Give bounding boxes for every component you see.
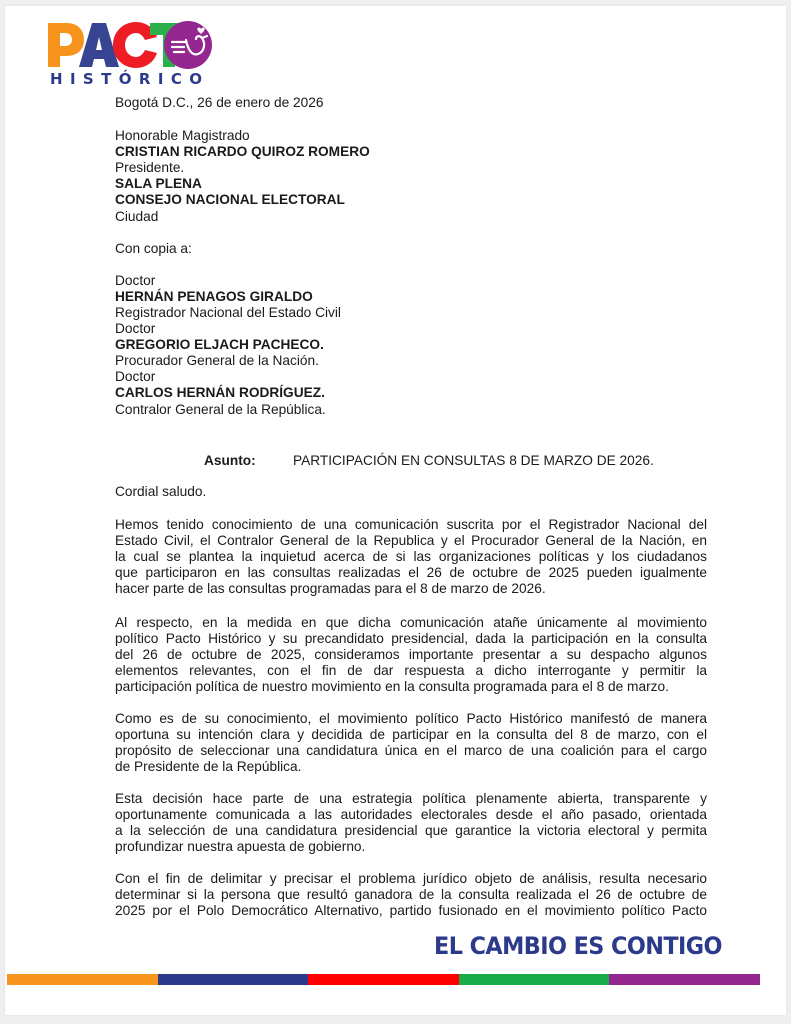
paragraph-line: hacer parte de las consultas programadas… — [115, 581, 707, 597]
copy-name: CARLOS HERNÁN RODRÍGUEZ. — [115, 385, 707, 401]
paragraph-line: Al respecto, en la medida en que dicha c… — [115, 615, 707, 631]
copies-label: Con copia a: — [115, 241, 707, 257]
paragraph-line: Como es de su conocimiento, el movimient… — [115, 711, 707, 727]
paragraph-line: propósito de seleccionar una candidatura… — [115, 743, 707, 759]
subject-line: Asunto:PARTICIPACIÓN EN CONSULTAS 8 DE M… — [204, 453, 654, 468]
paragraph-line: determinar si la persona que resultó gan… — [115, 887, 707, 903]
color-segment — [308, 974, 459, 985]
paragraph-line: profundizar nuestra apuesta de gobierno. — [115, 839, 707, 855]
paragraph-line: Hemos tenido conocimiento de una comunic… — [115, 517, 707, 533]
letter-header: Bogotá D.C., 26 de enero de 2026 Honorab… — [115, 95, 707, 418]
paragraph: Esta decisión hace parte de una estrateg… — [115, 791, 707, 855]
paragraph-line: Estado Civil, el Contralor General de la… — [115, 533, 707, 549]
color-segment — [459, 974, 610, 985]
paragraph: Hemos tenido conocimiento de una comunic… — [115, 517, 707, 597]
color-segment — [609, 974, 760, 985]
paragraph-line: oportuna su intención clara y decidida d… — [115, 727, 707, 743]
greeting: Cordial saludo. — [115, 484, 206, 499]
paragraph-line: participación política de nuestro movimi… — [115, 679, 707, 695]
recipient-institution: CONSEJO NACIONAL ELECTORAL — [115, 192, 707, 208]
place-date: Bogotá D.C., 26 de enero de 2026 — [115, 95, 707, 111]
footer-color-bar — [7, 974, 760, 985]
paragraph: Con el fin de delimitar y precisar el pr… — [115, 871, 707, 919]
footer-slogan: EL CAMBIO ES CONTIGO — [434, 932, 722, 960]
paragraph-line: de Presidente de la República. — [115, 759, 707, 775]
subject-text: PARTICIPACIÓN EN CONSULTAS 8 DE MARZO DE… — [293, 453, 654, 468]
copy-role: Registrador Nacional del Estado Civil — [115, 305, 707, 321]
recipient-salutation: Honorable Magistrado — [115, 128, 707, 144]
subject-label: Asunto: — [204, 453, 293, 468]
paragraph-line: del 26 de octubre de 2025, consideramos … — [115, 647, 707, 663]
paragraph-line: oportunamente comunicada a las autoridad… — [115, 807, 707, 823]
paragraph: Como es de su conocimiento, el movimient… — [115, 711, 707, 775]
recipient-body: SALA PLENA — [115, 176, 707, 192]
copy-title: Doctor — [115, 321, 707, 337]
copy-title: Doctor — [115, 369, 707, 385]
color-segment — [158, 974, 309, 985]
color-segment — [7, 974, 158, 985]
paragraph-line: que participaron en las consultas realiz… — [115, 565, 707, 581]
copies-list: Doctor HERNÁN PENAGOS GIRALDO Registrado… — [115, 273, 707, 418]
logo-letters — [46, 20, 214, 72]
recipient-role: Presidente. — [115, 160, 707, 176]
paragraph-line: la cual se plantea la inquietud acerca d… — [115, 549, 707, 565]
copy-title: Doctor — [115, 273, 707, 289]
recipient-name: CRISTIAN RICARDO QUIROZ ROMERO — [115, 144, 707, 160]
recipient-city: Ciudad — [115, 209, 707, 225]
paragraph-line: 2025 por el Polo Democrático Alternativo… — [115, 903, 707, 919]
copy-role: Contralor General de la República. — [115, 402, 707, 418]
paragraph-line: a la selección de una candidatura presid… — [115, 823, 707, 839]
paragraph-line: elementos relevantes, con el fin de dar … — [115, 663, 707, 679]
copy-name: GREGORIO ELJACH PACHECO. — [115, 337, 707, 353]
paragraph-line: político Pacto Histórico y su precandida… — [115, 631, 707, 647]
paragraph-line: Esta decisión hace parte de una estrateg… — [115, 791, 707, 807]
paragraph: Al respecto, en la medida en que dicha c… — [115, 615, 707, 695]
copy-role: Procurador General de la Nación. — [115, 353, 707, 369]
recipient-block: Honorable Magistrado CRISTIAN RICARDO QU… — [115, 128, 707, 225]
copy-name: HERNÁN PENAGOS GIRALDO — [115, 289, 707, 305]
logo-subtitle: HISTÓRICO — [50, 70, 209, 88]
paragraph-line: Con el fin de delimitar y precisar el pr… — [115, 871, 707, 887]
